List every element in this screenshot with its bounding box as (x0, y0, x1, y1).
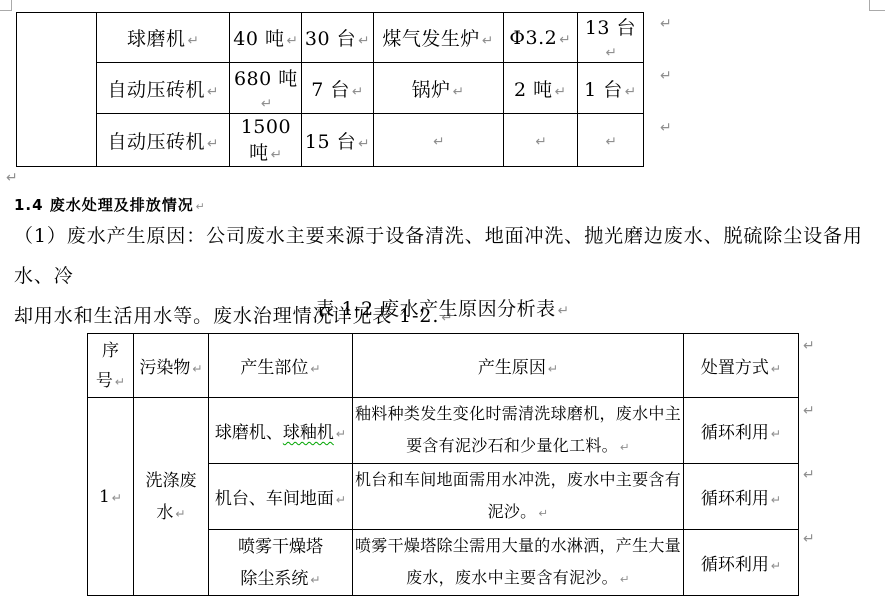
header-disposal: 处置方式 (701, 358, 769, 378)
disposal: 循环利用 (701, 423, 769, 443)
equipment-name-cell: 自动压砖机↵ (97, 114, 230, 167)
analysis-table: 序 号↵ 污染物↵ 产生部位↵ 产生原因↵ 处置方式↵ 1↵ 洗涤废 水↵ 球磨… (87, 333, 799, 596)
equipment-count: 1 台 (584, 79, 623, 101)
pilcrow-mark: ↵ (771, 559, 781, 573)
pilcrow-mark: ↵ (453, 84, 465, 100)
pilcrow-mark: ↵ (310, 573, 320, 587)
equipment-spec: 40 吨 (233, 28, 284, 50)
equipment-name-cell: 锅炉↵ (373, 63, 503, 114)
pilcrow-mark: ↵ (538, 506, 548, 520)
empty-merged-cell (17, 13, 97, 167)
pilcrow-mark: ↵ (771, 427, 781, 441)
header-cause-cell: 产生原因↵ (353, 334, 684, 398)
pilcrow-mark: ↵ (433, 134, 445, 150)
cause-cell: 釉料种类发生变化时需清洗球磨机，废水中主 要含有泥沙石和少量化工料。↵ (353, 398, 684, 464)
header-disposal-cell: 处置方式↵ (684, 334, 799, 398)
location: 机台、车间地面 (215, 489, 334, 509)
row-no: 1 (99, 487, 110, 507)
row-end-mark: ↵ (660, 120, 672, 136)
pilcrow-mark: ↵ (771, 493, 781, 507)
equipment-count-cell: 13 台↵ (577, 13, 643, 63)
equipment-spec: Φ3.2 (509, 27, 557, 49)
equipment-count-cell: 30 台↵ (302, 13, 373, 63)
equipment-count: 13 台 (585, 17, 636, 39)
pilcrow-mark: ↵ (207, 84, 219, 100)
equipment-spec: 2 吨 (514, 79, 553, 101)
equipment-count-cell: 15 台↵ (302, 114, 373, 167)
cause: 喷雾干燥塔除尘需用大量的水淋洒，产生大量 废水，废水中主要含有泥沙。 (355, 536, 681, 587)
pilcrow-mark: ↵ (261, 96, 273, 112)
header-no-cell: 序 号↵ (88, 334, 134, 398)
pilcrow-mark: ↵ (555, 84, 567, 100)
table-row: 自动压砖机↵ 680 吨↵ 7 台↵ 锅炉↵ 2 吨↵ 1 台↵ (17, 63, 644, 114)
pilcrow-mark: ↵ (771, 362, 781, 376)
pilcrow-mark: ↵ (620, 572, 630, 586)
disposal-cell: 循环利用↵ (684, 398, 799, 464)
pilcrow-mark: ↵ (352, 84, 364, 100)
table-row: 球磨机↵ 40 吨↵ 30 台↵ 煤气发生炉↵ Φ3.2↵ 13 台↵ (17, 13, 644, 63)
analysis-table-title-text: 表 1-2 废水产生原因分析表 (315, 298, 555, 320)
equipment-count-cell: 7 台↵ (302, 63, 373, 114)
disposal-cell: 循环利用↵ (684, 464, 799, 530)
pilcrow-mark: ↵ (605, 134, 617, 150)
equipment-name-cell: 煤气发生炉↵ (373, 13, 503, 63)
pilcrow-mark: ↵ (310, 362, 320, 376)
pilcrow-mark: ↵ (625, 84, 637, 100)
cause-cell: 喷雾干燥塔除尘需用大量的水淋洒，产生大量 废水，废水中主要含有泥沙。↵ (353, 530, 684, 596)
equipment-spec-cell: 2 吨↵ (503, 63, 577, 114)
equipment-spec: 1500 吨 (241, 116, 291, 164)
pilcrow-mark: ↵ (358, 33, 370, 49)
disposal: 循环利用 (701, 555, 769, 575)
equipment-spec-cell: Φ3.2↵ (503, 13, 577, 63)
header-pollutant-cell: 污染物↵ (134, 334, 209, 398)
table-row: 自动压砖机↵ 1500 吨↵ 15 台↵ ↵ ↵ ↵ (17, 114, 644, 167)
cause-cell: 机台和车间地面需用水冲洗，废水中主要含有 泥沙。↵ (353, 464, 684, 530)
equipment-name: 锅炉 (412, 79, 451, 101)
equipment-count: 15 台 (305, 131, 356, 153)
document-page: 球磨机↵ 40 吨↵ 30 台↵ 煤气发生炉↵ Φ3.2↵ 13 台↵ 自动压砖… (0, 0, 885, 606)
row-end-mark: ↵ (660, 16, 672, 32)
pilcrow-mark: ↵ (535, 134, 547, 150)
pilcrow-mark: ↵ (112, 491, 122, 505)
equipment-name: 自动压砖机 (107, 131, 205, 153)
pilcrow-mark: ↵ (336, 427, 346, 441)
row-end-mark: ↵ (660, 68, 672, 84)
analysis-table-title: 表 1-2 废水产生原因分析表↵ (0, 294, 885, 321)
equipment-spec-cell: 40 吨↵ (230, 13, 302, 63)
pilcrow-mark: ↵ (192, 362, 202, 376)
location: 球磨机、 (215, 423, 283, 443)
pilcrow-mark: ↵ (605, 45, 617, 61)
pilcrow-mark: ↵ (115, 375, 125, 389)
equipment-name-cell: 自动压砖机↵ (97, 63, 230, 114)
row-end-mark: ↵ (803, 531, 815, 547)
row-end-mark: ↵ (803, 403, 815, 419)
header-pollutant: 污染物 (139, 358, 190, 378)
cause: 釉料种类发生变化时需清洗球磨机，废水中主 要含有泥沙石和少量化工料。 (355, 404, 681, 455)
header-location: 产生部位 (240, 358, 308, 378)
equipment-name: 自动压砖机 (107, 79, 205, 101)
cause: 机台和车间地面需用水冲洗，废水中主要含有 泥沙。 (355, 470, 681, 521)
pilcrow-mark: ↵ (358, 136, 370, 152)
pilcrow-mark: ↵ (482, 33, 494, 49)
row-end-mark: ↵ (803, 467, 815, 483)
pilcrow-mark: ↵ (336, 493, 346, 507)
equipment-spec-cell: 680 吨↵ (230, 63, 302, 114)
pilcrow-mark: ↵ (271, 147, 283, 163)
section-heading: 1.4 废水处理及排放情况↵ (14, 194, 206, 215)
header-cause: 产生原因 (478, 358, 546, 378)
pilcrow-mark: ↵ (548, 362, 558, 376)
pilcrow-mark: ↵ (196, 200, 206, 213)
equipment-count-cell: 1 台↵ (577, 63, 643, 114)
equipment-count: 30 台 (305, 28, 356, 50)
empty-cell: ↵ (373, 114, 503, 167)
location-cell: 机台、车间地面↵ (209, 464, 353, 530)
empty-cell: ↵ (503, 114, 577, 167)
pollutant-cell: 洗涤废 水↵ (134, 398, 209, 596)
pilcrow-mark: ↵ (559, 32, 571, 48)
disposal: 循环利用 (701, 489, 769, 509)
row-end-mark: ↵ (803, 338, 815, 354)
empty-cell: ↵ (577, 114, 643, 167)
text-boundary-corner-top-left (0, 10, 12, 11)
location-cell: 球磨机、球釉机↵ (209, 398, 353, 464)
header-row: 序 号↵ 污染物↵ 产生部位↵ 产生原因↵ 处置方式↵ (88, 334, 799, 398)
location-grammar-flagged: 球釉机 (283, 423, 334, 443)
equipment-table: 球磨机↵ 40 吨↵ 30 台↵ 煤气发生炉↵ Φ3.2↵ 13 台↵ 自动压砖… (16, 12, 644, 167)
paragraph-mark: ↵ (6, 170, 18, 186)
pollutant: 洗涤废 水 (146, 471, 197, 523)
section-heading-text: 1.4 废水处理及排放情况 (14, 196, 194, 214)
equipment-spec: 680 吨 (234, 68, 298, 90)
pilcrow-mark: ↵ (175, 507, 185, 521)
location-cell: 喷雾干燥塔 除尘系统↵ (209, 530, 353, 596)
pilcrow-mark: ↵ (188, 33, 200, 49)
equipment-spec-cell: 1500 吨↵ (230, 114, 302, 167)
pilcrow-mark: ↵ (287, 33, 299, 49)
pilcrow-mark: ↵ (207, 136, 219, 152)
equipment-count: 7 台 (311, 79, 350, 101)
pilcrow-mark: ↵ (620, 440, 630, 454)
disposal-cell: 循环利用↵ (684, 530, 799, 596)
text-boundary-corner-top-right (869, 10, 885, 11)
equipment-name-cell: 球磨机↵ (97, 13, 230, 63)
header-location-cell: 产生部位↵ (209, 334, 353, 398)
pilcrow-mark: ↵ (558, 303, 570, 319)
table-row: 1↵ 洗涤废 水↵ 球磨机、球釉机↵ 釉料种类发生变化时需清洗球磨机，废水中主 … (88, 398, 799, 464)
equipment-name: 煤气发生炉 (382, 28, 480, 50)
equipment-name: 球磨机 (127, 28, 186, 50)
row-no-cell: 1↵ (88, 398, 134, 596)
